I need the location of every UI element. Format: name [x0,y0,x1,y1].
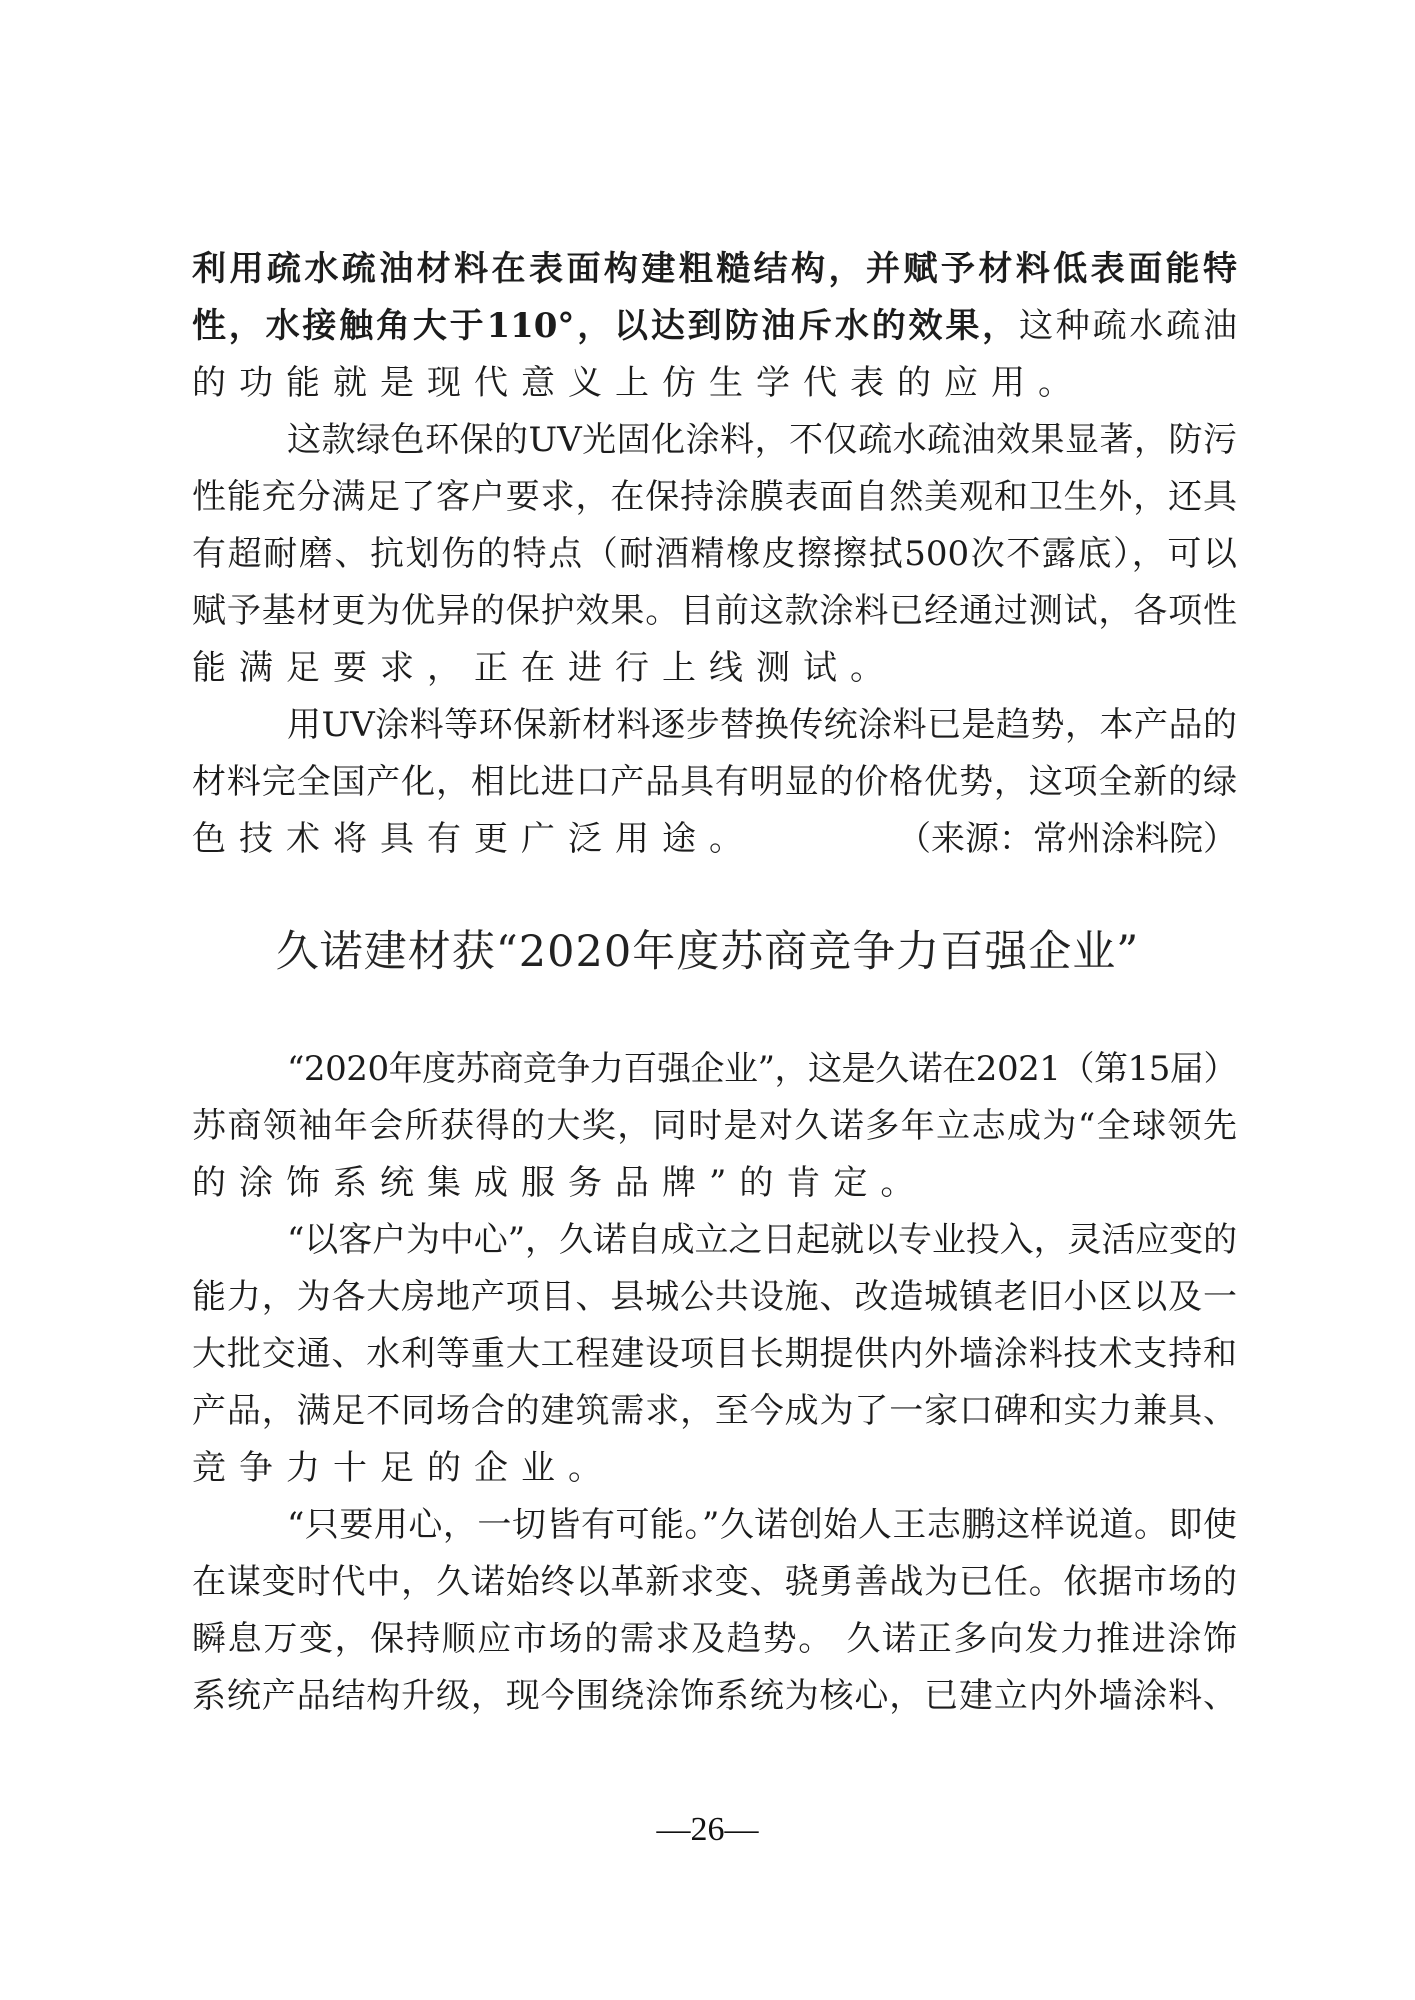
bold-text: 利用疏水疏油材料在表面构建粗糙结构，并赋予材料低表面能特 [192,249,1237,289]
paragraph-line: 苏商领袖年会所获得的大奖，同时是对久诺多年立志成为“全球领先 [192,1106,1237,1146]
bold-text: 性，水接触角大于110°，以达到防油斥水的效果， [192,306,1019,346]
body-text: 系统产品结构升级，现今围绕涂饰系统为核心，已建立内外墙涂料、 [192,1676,1237,1716]
paragraph-line: 材料完全国产化，相比进口产品具有明显的价格优势，这项全新的绿 [192,762,1237,802]
body-text: 这款绿色环保的UV光固化涂料，不仅疏水疏油效果显著，防污 [287,420,1237,460]
body-text: 的涂饰系统集成服务品牌”的肯定。 [192,1163,927,1203]
body-text: 产品，满足不同场合的建筑需求，至今成为了一家口碑和实力兼具、 [192,1391,1237,1431]
paragraph-line: 赋予基材更为优异的保护效果。目前这款涂料已经通过测试，各项性 [192,591,1237,631]
body-text: 用UV涂料等环保新材料逐步替换传统涂料已是趋势，本产品的 [287,705,1237,745]
body-text: 在谋变时代中，久诺始终以革新求变、骁勇善战为已任。依据市场的 [192,1562,1237,1602]
body-text: 大批交通、水利等重大工程建设项目长期提供内外墙涂料技术支持和 [192,1334,1237,1374]
paragraph-line: 竞争力十足的企业。 [192,1448,1237,1488]
paragraph-line: 色技术将具有更广泛用途。 （来源：常州涂料院） [192,819,1237,859]
paragraph-line: 性能充分满足了客户要求，在保持涂膜表面自然美观和卫生外，还具 [192,477,1237,517]
body-text: 有超耐磨、抗划伤的特点（耐酒精橡皮擦擦拭500次不露底），可以 [192,534,1237,574]
document-page: 利用疏水疏油材料在表面构建粗糙结构，并赋予材料低表面能特 性，水接触角大于110… [0,0,1415,2000]
body-text: 苏商领袖年会所获得的大奖，同时是对久诺多年立志成为“全球领先 [192,1106,1237,1146]
body-text: “只要用心，一切皆有可能。”久诺创始人王志鹏这样说道。即使 [287,1505,1237,1545]
body-text: 性能充分满足了客户要求，在保持涂膜表面自然美观和卫生外，还具 [192,477,1237,517]
paragraph-line: 瞬息万变，保持顺应市场的需求及趋势。 久诺正多向发力推进涂饰 [192,1619,1237,1659]
paragraph-line: 能满足要求，正在进行上线测试。 [192,648,1237,688]
paragraph-line: 这款绿色环保的UV光固化涂料，不仅疏水疏油效果显著，防污 [287,420,1237,460]
body-text: “2020年度苏商竞争力百强企业”，这是久诺在2021（第15届） [287,1049,1237,1089]
body-text: 能力，为各大房地产项目、县城公共设施、改造城镇老旧小区以及一 [192,1277,1237,1317]
page-number: —26— [0,1808,1415,1852]
source-attribution: （来源：常州涂料院） [897,819,1237,859]
paragraph-line: 用UV涂料等环保新材料逐步替换传统涂料已是趋势，本产品的 [287,705,1237,745]
body-text: 瞬息万变，保持顺应市场的需求及趋势。 久诺正多向发力推进涂饰 [192,1619,1237,1659]
body-text: 材料完全国产化，相比进口产品具有明显的价格优势，这项全新的绿 [192,762,1237,802]
paragraph-line: 大批交通、水利等重大工程建设项目长期提供内外墙涂料技术支持和 [192,1334,1237,1374]
body-text: 能满足要求，正在进行上线测试。 [192,648,897,688]
body-text: 竞争力十足的企业。 [192,1448,615,1488]
paragraph-line: 能力，为各大房地产项目、县城公共设施、改造城镇老旧小区以及一 [192,1277,1237,1317]
paragraph-line: 系统产品结构升级，现今围绕涂饰系统为核心，已建立内外墙涂料、 [192,1676,1237,1716]
paragraph-line: 有超耐磨、抗划伤的特点（耐酒精橡皮擦擦拭500次不露底），可以 [192,534,1237,574]
paragraph-line: 的功能就是现代意义上仿生学代表的应用。 [192,363,1237,403]
body-text: “以客户为中心”，久诺自成立之日起就以专业投入，灵活应变的 [287,1220,1237,1260]
paragraph-line: “2020年度苏商竞争力百强企业”，这是久诺在2021（第15届） [287,1049,1237,1089]
body-text: 色技术将具有更广泛用途。 [192,819,756,859]
body-text: 的功能就是现代意义上仿生学代表的应用。 [192,363,1085,403]
paragraph-line: 性，水接触角大于110°，以达到防油斥水的效果，这种疏水疏油 [192,306,1237,346]
article-title: 久诺建材获“2020年度苏商竞争力百强企业” [0,926,1415,978]
paragraph-line: 利用疏水疏油材料在表面构建粗糙结构，并赋予材料低表面能特 [192,249,1237,289]
paragraph-line: 的涂饰系统集成服务品牌”的肯定。 [192,1163,1237,1203]
paragraph-line: 产品，满足不同场合的建筑需求，至今成为了一家口碑和实力兼具、 [192,1391,1237,1431]
body-text: 赋予基材更为优异的保护效果。目前这款涂料已经通过测试，各项性 [192,591,1237,631]
paragraph-line: “以客户为中心”，久诺自成立之日起就以专业投入，灵活应变的 [287,1220,1237,1260]
paragraph-line: 在谋变时代中，久诺始终以革新求变、骁勇善战为已任。依据市场的 [192,1562,1237,1602]
paragraph-line: “只要用心，一切皆有可能。”久诺创始人王志鹏这样说道。即使 [287,1505,1237,1545]
body-text: 这种疏水疏油 [1019,306,1237,346]
